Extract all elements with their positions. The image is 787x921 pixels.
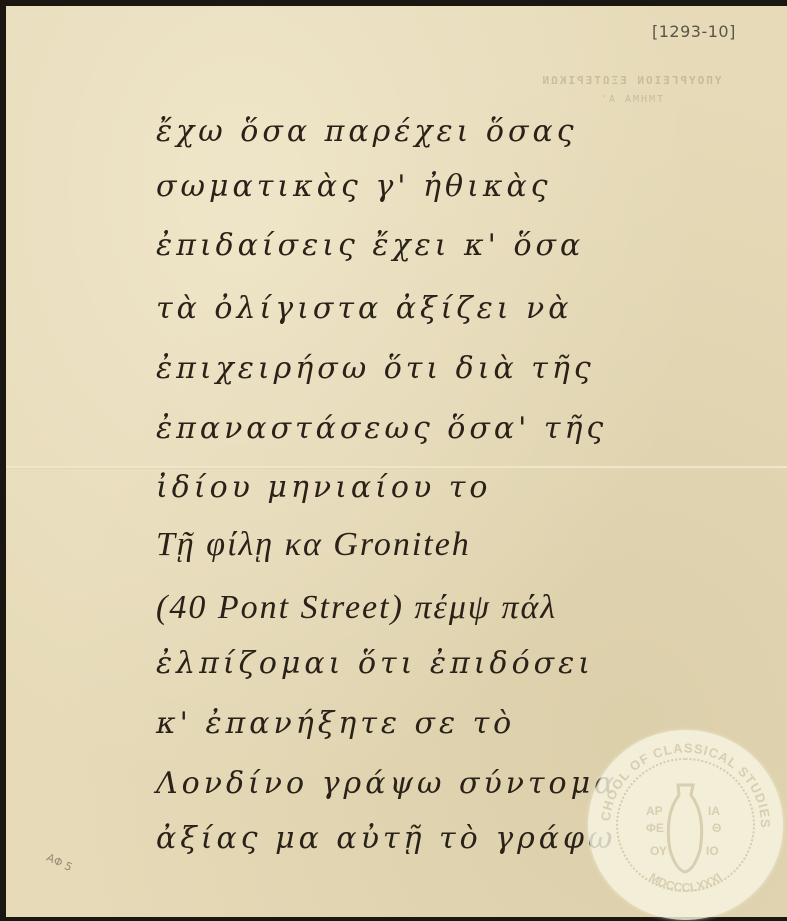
- institution-seal-watermark: AMERICAN SCHOOL OF CLASSICAL STUDIES AT …: [588, 730, 783, 920]
- handwritten-line: Λονδίνο γράψω σύντομα: [156, 766, 618, 801]
- letterhead-bleedthrough-line1: ΥΠΟΥΡΓΕΙΟΝ ΕΞΩΤΕΡΙΚΩΝ: [486, 74, 776, 87]
- svg-text:AMERICAN SCHOOL OF CLASSICAL S: AMERICAN SCHOOL OF CLASSICAL STUDIES AT …: [588, 730, 773, 829]
- svg-text:MDCCCLXXXI: MDCCCLXXXI: [647, 870, 725, 895]
- svg-text:Θ: Θ: [712, 821, 721, 835]
- svg-text:ΦΕ: ΦΕ: [646, 821, 664, 835]
- seal-outer-text: AMERICAN SCHOOL OF CLASSICAL STUDIES AT …: [588, 730, 773, 829]
- handwritten-line: ἐπιχειρήσω ὅτι διὰ τῆς: [156, 351, 595, 386]
- handwritten-line: ἐπαναστάσεως ὅσα' τῆς: [156, 411, 607, 446]
- margin-mark: ΑΦ 5: [45, 851, 75, 874]
- handwritten-line-addressee: Τῇ φίλῃ κα Groniteh: [156, 526, 471, 564]
- handwritten-line: ἰδίου μηνιαίου το: [156, 470, 491, 505]
- handwritten-line: κ' ἐπανήξητε σε τὸ: [156, 706, 515, 741]
- svg-text:ΙΟ: ΙΟ: [706, 844, 719, 858]
- svg-text:ΙΑ: ΙΑ: [708, 804, 720, 818]
- handwritten-line: ἀξίας μα αὐτῇ τὸ γράφω: [156, 821, 617, 856]
- seal-date-text: MDCCCLXXXI: [647, 870, 725, 895]
- handwritten-line: ἐλπίζομαι ὅτι ἐπιδόσει: [156, 646, 594, 681]
- svg-text:ΟΥ: ΟΥ: [650, 844, 667, 858]
- svg-text:ΑΡ: ΑΡ: [646, 804, 663, 818]
- fold-crease: [6, 466, 787, 469]
- archive-reference: [1293-10]: [652, 22, 736, 41]
- handwritten-line: ἐπιδαίσεις ἔχει κ' ὅσα: [156, 228, 584, 263]
- seal-emblem-icon: AMERICAN SCHOOL OF CLASSICAL STUDIES AT …: [588, 730, 783, 920]
- handwritten-line: ἔχω ὅσα παρέχει ὅσας: [156, 114, 578, 149]
- handwritten-line: τὰ ὀλίγιστα ἀξίζει νὰ: [156, 291, 573, 326]
- handwritten-line: σωματικὰς γ' ἠθικὰς: [156, 169, 552, 204]
- handwritten-line-address: (40 Pont Street) πέμψ πάλ: [156, 589, 557, 627]
- scanned-document: [1293-10] ΥΠΟΥΡΓΕΙΟΝ ΕΞΩΤΕΡΙΚΩΝ ΤΜΗΜΑ Α'…: [0, 0, 787, 921]
- letterhead-bleedthrough-line2: ΤΜΗΜΑ Α': [486, 94, 776, 105]
